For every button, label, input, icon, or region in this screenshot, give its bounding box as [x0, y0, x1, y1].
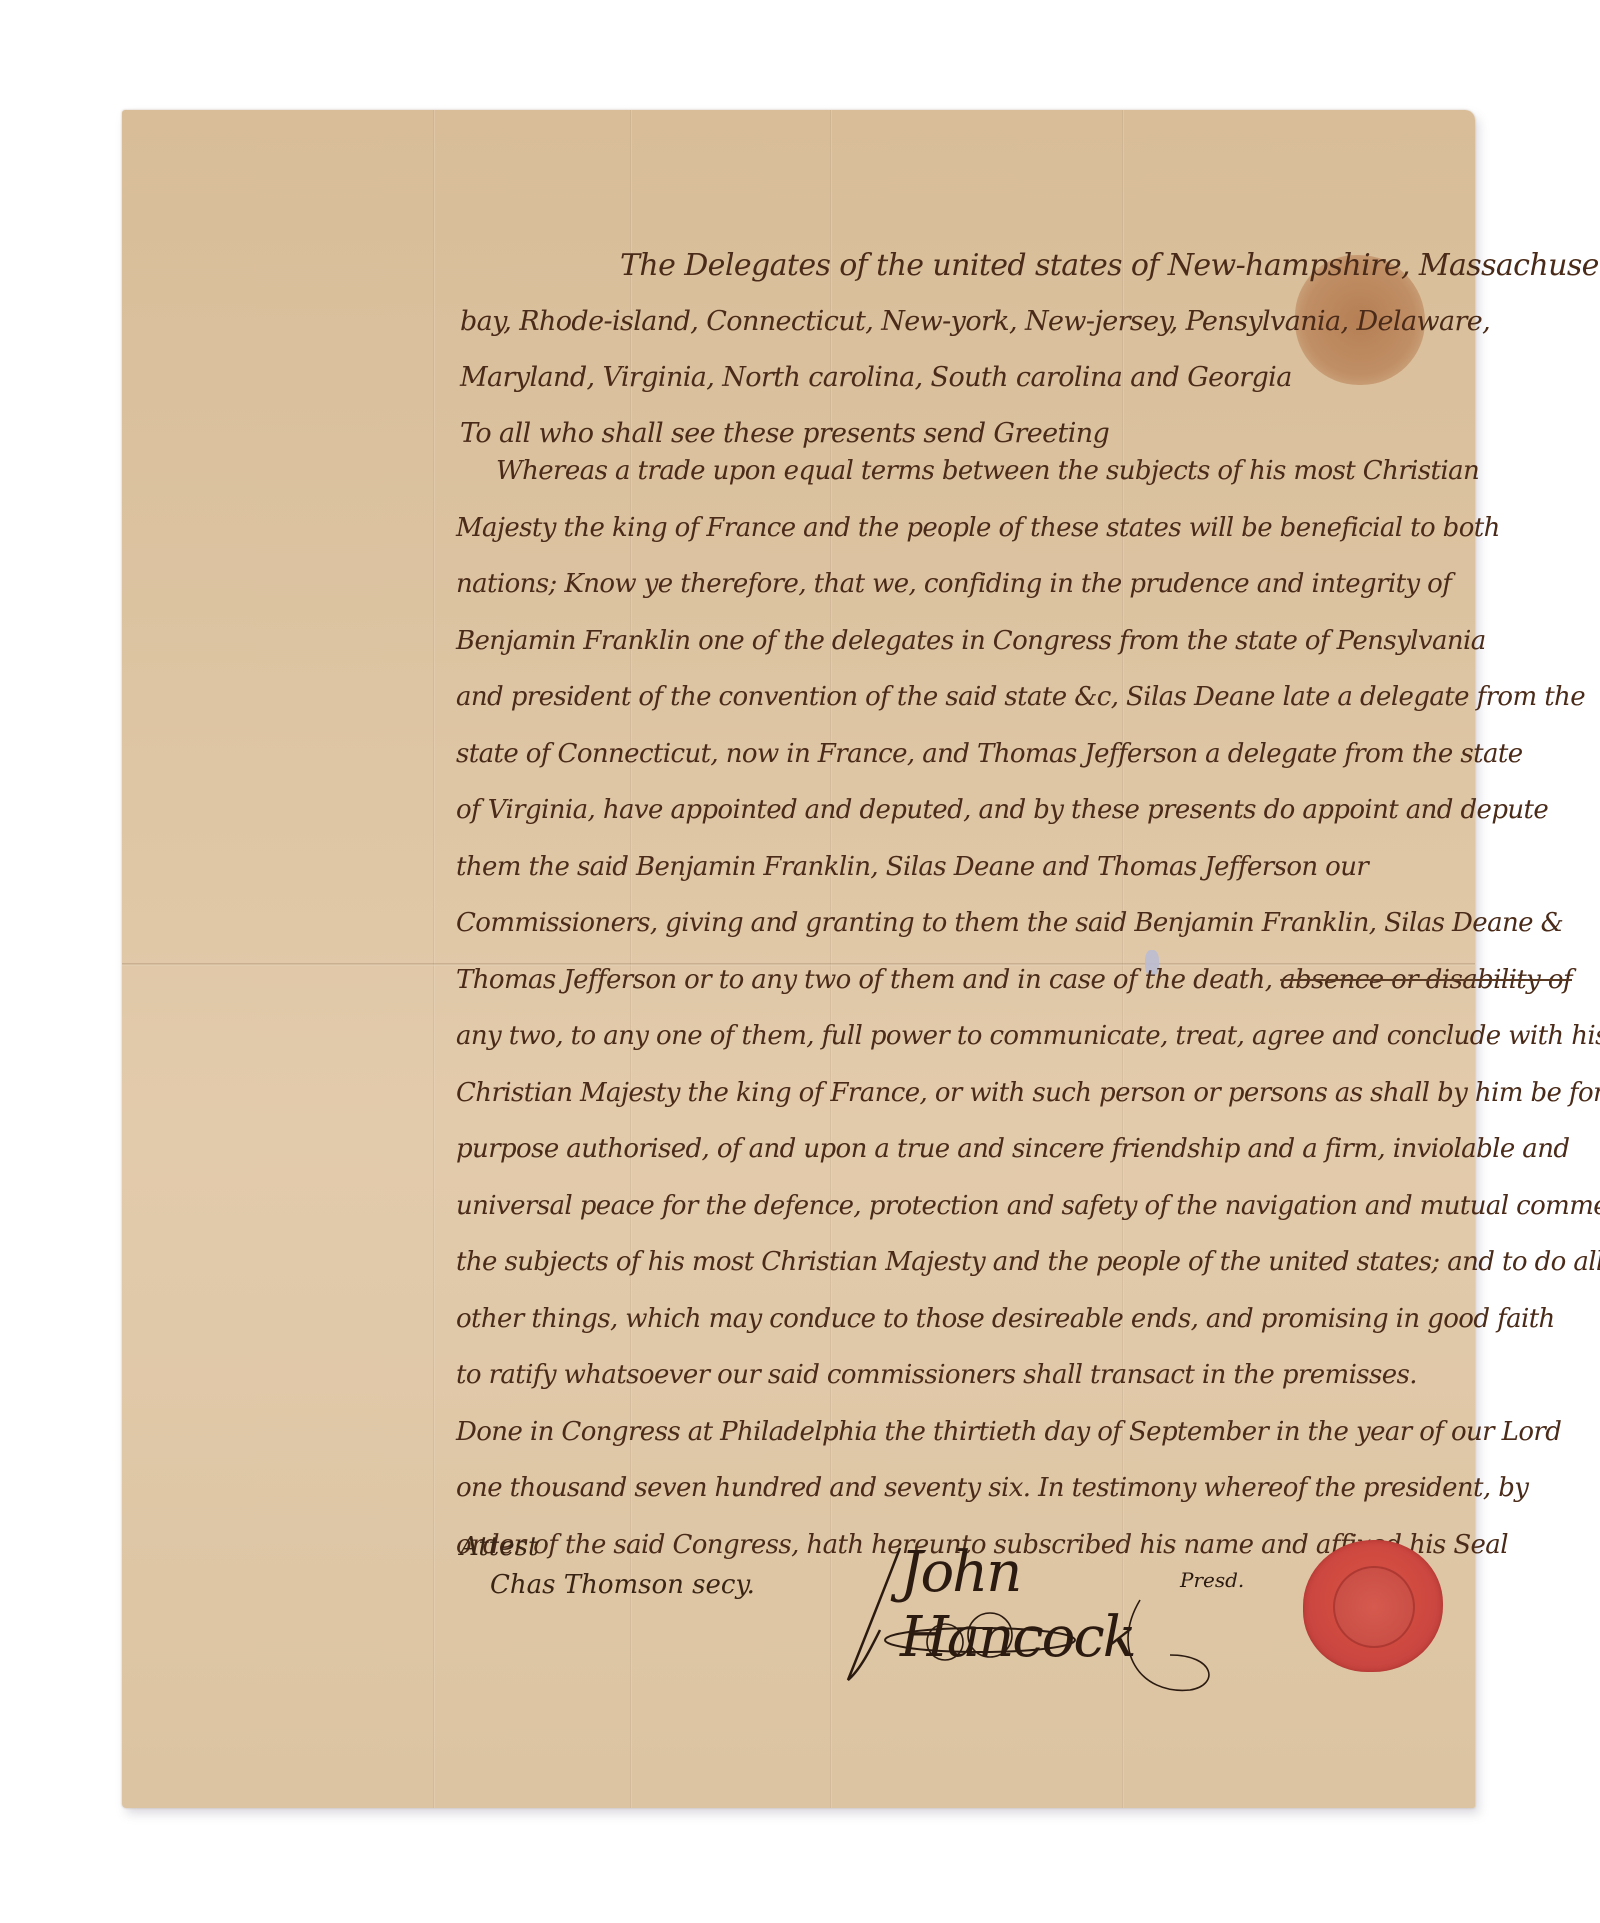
wax-seal-icon — [1303, 1540, 1443, 1672]
president-signature: John Hancock Presd. — [840, 1530, 1270, 1700]
body-line: Benjamin Franklin one of the delegates i… — [456, 613, 1600, 670]
body-line: of Virginia, have appointed and deputed,… — [456, 782, 1600, 839]
vertical-fold-crease — [433, 110, 435, 1808]
body-line: them the said Benjamin Franklin, Silas D… — [456, 839, 1600, 896]
heading-line: The Delegates of the united states of Ne… — [460, 238, 1470, 294]
body-line: Majesty the king of France and the peopl… — [456, 500, 1600, 557]
seal-impression — [1333, 1566, 1415, 1648]
body-line: to ratify whatsoever our said commission… — [456, 1347, 1600, 1404]
body-line: any two, to any one of them, full power … — [456, 1008, 1600, 1065]
commission-body: Whereas a trade upon equal terms between… — [456, 443, 1600, 1573]
body-line: and president of the convention of the s… — [456, 669, 1600, 726]
heading-line: bay, Rhode-island, Connecticut, New-york… — [460, 294, 1470, 350]
body-line: Whereas a trade upon equal terms between… — [456, 443, 1600, 500]
signature-title: Presd. — [1180, 1568, 1244, 1592]
dating-line: Done in Congress at Philadelphia the thi… — [456, 1404, 1600, 1461]
dating-line: one thousand seven hundred and seventy s… — [456, 1460, 1600, 1517]
manuscript-text: The Delegates of the united states of Ne… — [460, 238, 1470, 462]
secretary-signature: Chas Thomson secy. — [460, 1566, 755, 1604]
body-line: Commissioners, giving and granting to th… — [456, 895, 1600, 952]
attestation-block: Attest Chas Thomson secy. — [460, 1528, 755, 1604]
body-line: purpose authorised, of and upon a true a… — [456, 1121, 1600, 1178]
heading-line: Maryland, Virginia, North carolina, Sout… — [460, 350, 1470, 406]
signature-name: John Hancock — [900, 1540, 1270, 1670]
body-line: universal peace for the defence, protect… — [456, 1178, 1600, 1235]
attest-label: Attest — [460, 1528, 755, 1566]
body-line: Christian Majesty the king of France, or… — [456, 1065, 1600, 1122]
body-line: the subjects of his most Christian Majes… — [456, 1234, 1600, 1291]
body-line: other things, which may conduce to those… — [456, 1291, 1600, 1348]
body-line-with-strikethrough: Thomas Jefferson or to any two of them a… — [456, 952, 1600, 1009]
body-line: nations; Know ye therefore, that we, con… — [456, 556, 1600, 613]
body-line: state of Connecticut, now in France, and… — [456, 726, 1600, 783]
struck-text: absence or disability of — [1280, 965, 1572, 995]
